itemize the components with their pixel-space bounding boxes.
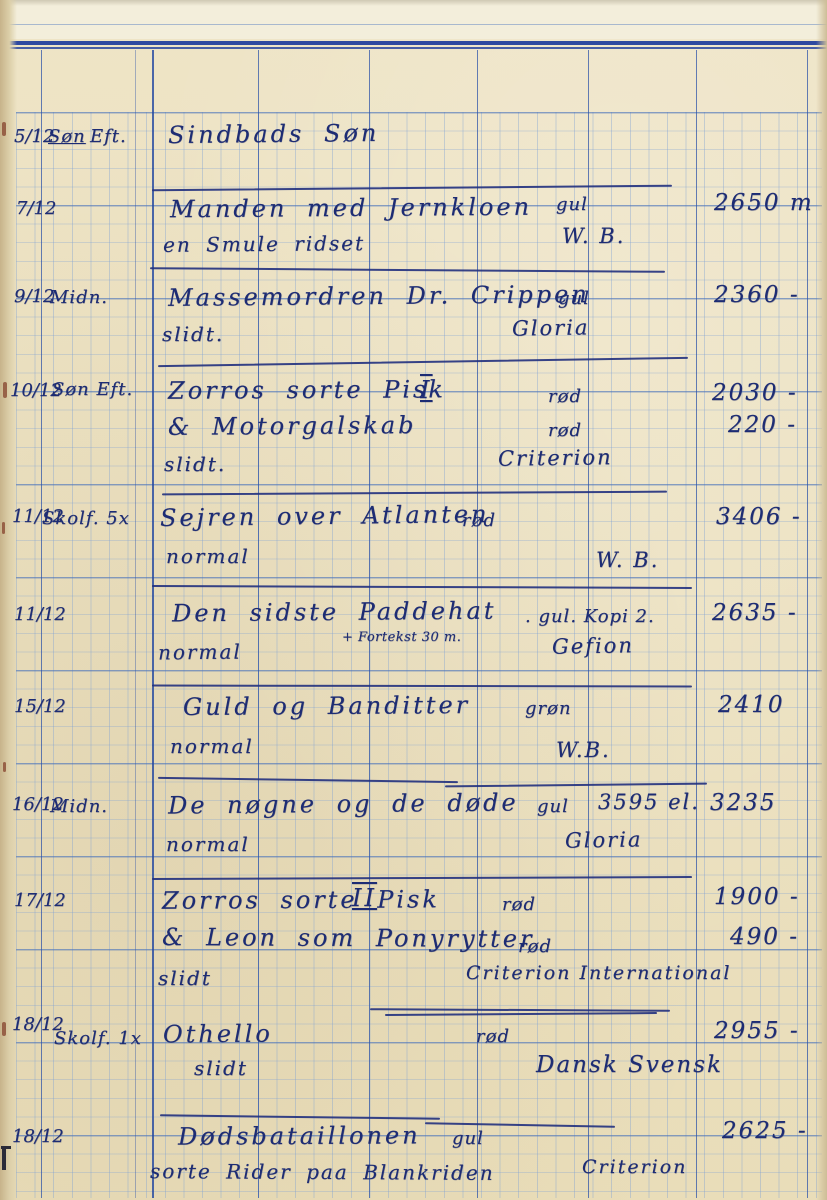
entry-date: 15/12 — [14, 696, 66, 717]
length-amount: 3406 - — [716, 504, 802, 530]
thin-blue-rule — [0, 24, 827, 25]
color-note: rød — [548, 420, 582, 441]
torn-edge-mark — [3, 382, 7, 398]
distributor: W.B. — [556, 738, 611, 762]
film-title: De nøgne og de døde — [168, 788, 519, 819]
distributor: Gloria — [512, 315, 590, 340]
column-line — [696, 50, 697, 1198]
column-line — [807, 50, 808, 1198]
film-title-2: sorte Rider paa Blankriden — [150, 1159, 495, 1185]
film-note: slidt — [194, 1056, 248, 1080]
distributor: Criterion — [498, 445, 613, 471]
color-note: rød — [548, 386, 582, 407]
color-note: rød — [502, 894, 536, 915]
entry-date: 7/12 — [16, 198, 56, 219]
page-right-edge — [816, 0, 827, 1200]
entry-date: 11/12 — [14, 604, 66, 625]
torn-edge-mark — [3, 762, 6, 772]
film-note: normal — [166, 832, 250, 856]
length-amount: 2360 - — [714, 282, 800, 308]
column-line — [135, 50, 136, 1198]
session-note: Skolf. 1x — [54, 1028, 142, 1049]
navy-header-rule-2 — [0, 47, 827, 49]
film-note: slidt — [158, 966, 212, 990]
film-title: Othello — [163, 1020, 273, 1049]
session-note: Eft. — [90, 126, 127, 147]
column-line — [152, 50, 154, 1198]
length-amount: 490 - — [730, 924, 799, 950]
film-title: Massemordren Dr. Crippen — [168, 280, 590, 312]
alt-length-annotation: 3595 el. — [598, 790, 700, 814]
film-note: normal — [166, 544, 250, 568]
entry-date: 18/12 — [12, 1126, 64, 1147]
pen-bracket-mark — [2, 1146, 6, 1170]
distributor: Criterion — [582, 1156, 687, 1178]
color-copy-annotation: . gul. Kopi 2. — [525, 606, 655, 627]
film-title: Zorros sorte Pisk — [162, 885, 440, 914]
film-title: Dødsbataillonen — [178, 1121, 421, 1150]
film-title: Zorros sorte Pisk — [168, 375, 446, 404]
length-amount: 220 - — [728, 412, 797, 438]
session-note: Midn. — [50, 287, 108, 308]
color-note: gul — [558, 288, 590, 309]
film-note: slidt. — [162, 322, 224, 346]
torn-edge-mark — [2, 122, 6, 136]
torn-edge-mark — [2, 522, 5, 534]
ledger-page: 5/12 Søn Eft. Sindbads Søn 7/12 Manden m… — [0, 0, 827, 1200]
length-amount: 2625 - — [722, 1118, 808, 1144]
session-note: Søn Eft. — [52, 379, 133, 400]
roman-numeral: II — [352, 884, 377, 912]
film-note: normal — [170, 734, 254, 758]
page-top-edge — [0, 0, 827, 6]
distributor: W. B. — [562, 224, 625, 248]
length-amount: 2650 m — [714, 190, 814, 216]
distributor: Dansk Svensk — [536, 1052, 723, 1078]
roman-numeral: I — [420, 376, 432, 404]
distributor: W. B. — [596, 548, 659, 572]
length-amount: 2635 - — [712, 600, 798, 626]
color-note: gul — [452, 1128, 484, 1149]
film-title: Sindbads Søn — [168, 119, 380, 149]
color-note: grøn — [525, 698, 572, 719]
film-title: Manden med Jernkloen — [170, 193, 532, 224]
film-title: Guld og Banditter — [183, 691, 470, 721]
length-amount: 2410 — [718, 692, 785, 718]
length-amount: 1900 - — [714, 884, 800, 910]
color-note: gul — [537, 796, 569, 817]
pen-bracket-mark — [1, 1146, 11, 1149]
distributor: Criterion International — [466, 962, 732, 984]
film-title: Sejren over Atlanten — [160, 500, 490, 532]
film-title: Den sidste Paddehat — [172, 597, 497, 628]
entry-date: 9/12 — [14, 286, 54, 307]
distributor: Gloria — [565, 827, 643, 852]
film-title-2: & Motorgalskab — [168, 411, 417, 441]
color-note: rød — [518, 936, 552, 957]
color-note: rød — [462, 510, 496, 531]
film-note: en Smule ridset — [163, 231, 365, 257]
navy-header-rule — [0, 41, 827, 45]
film-title-2: & Leon som Ponyrytter — [162, 923, 535, 953]
film-note: slidt. — [164, 452, 226, 476]
length-amount: 2030 - — [712, 380, 798, 406]
session-note: Skolf. 5x — [42, 508, 130, 529]
entry-date: 17/12 — [14, 890, 66, 911]
title-annotation-small: + Fortekst 30 m. — [342, 630, 461, 645]
length-amount: 3235 — [710, 790, 777, 816]
distributor: Gefion — [552, 633, 634, 658]
session-note: Midn. — [50, 796, 108, 817]
torn-edge-mark — [2, 1022, 6, 1036]
film-note: normal — [158, 640, 242, 665]
color-note: gul — [556, 194, 588, 215]
color-note: rød — [476, 1026, 510, 1047]
session-note: Søn — [48, 126, 86, 147]
length-amount: 2955 - — [714, 1018, 800, 1044]
